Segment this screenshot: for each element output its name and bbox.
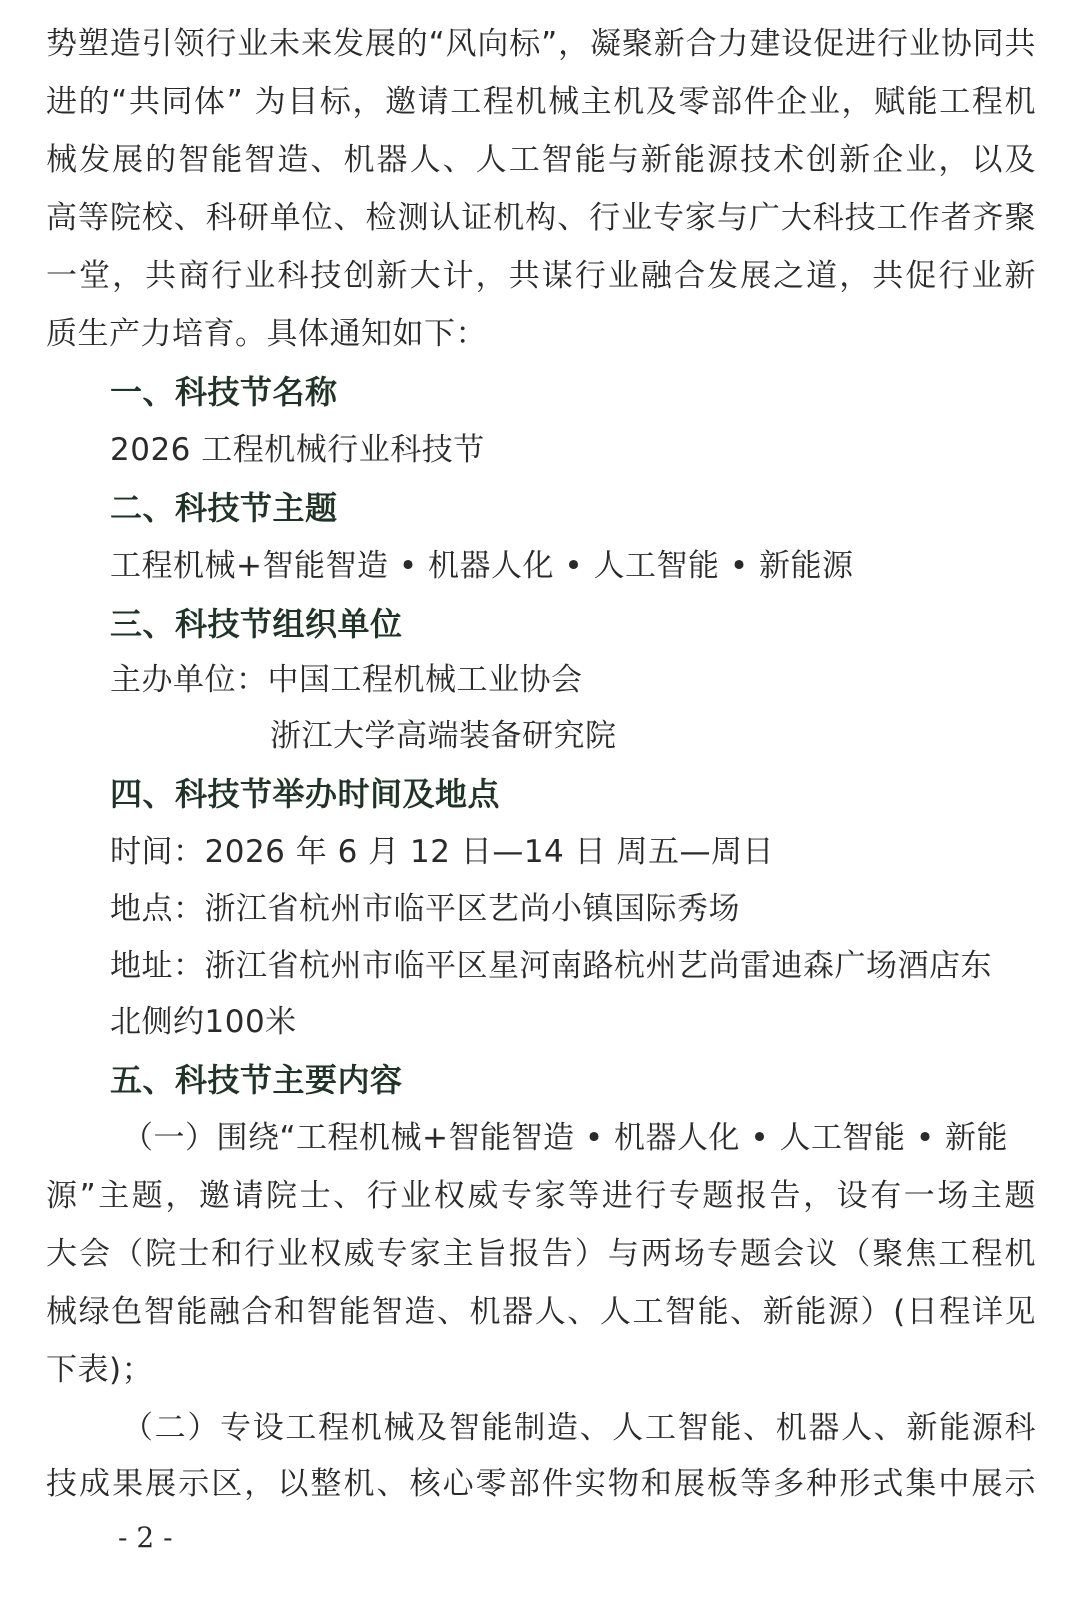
content-item-2-line: （二）专设工程机械及智能制造、人工智能、机器人、新能源科 bbox=[122, 1408, 1036, 1448]
content-item-2-line: 技成果展示区，以整机、核心零部件实物和展板等多种形式集中展示 bbox=[46, 1464, 1036, 1504]
section-heading-theme: 二、科技节主题 bbox=[110, 488, 338, 528]
content-item-1-line: （一）围绕“工程机械+智能智造 • 机器人化 • 人工智能 • 新能 bbox=[122, 1118, 982, 1158]
festival-theme: 工程机械+智能智造 • 机器人化 • 人工智能 • 新能源 bbox=[110, 546, 853, 586]
event-address: 地址：浙江省杭州市临平区星河南路杭州艺尚雷迪森广场酒店东 bbox=[110, 946, 992, 986]
intro-line: 势塑造引领行业未来发展的“风向标”，凝聚新合力建设促进行业协同共 bbox=[46, 24, 1036, 64]
section-heading-time-venue: 四、科技节举办时间及地点 bbox=[110, 774, 500, 814]
festival-name: 2026 工程机械行业科技节 bbox=[110, 430, 485, 470]
organizer-secondary: 浙江大学高端装备研究院 bbox=[270, 716, 617, 756]
content-item-1-line: 械绿色智能融合和智能智造、机器人、人工智能、新能源）(日程详见 bbox=[46, 1292, 1036, 1332]
organizer-label: 主办单位： bbox=[110, 662, 268, 698]
intro-line: 械发展的智能智造、机器人、人工智能与新能源技术创新企业，以及 bbox=[46, 140, 1036, 180]
section-heading-content: 五、科技节主要内容 bbox=[110, 1060, 403, 1100]
intro-line: 质生产力培育。具体通知如下： bbox=[46, 314, 487, 354]
intro-line: 进的“共同体” 为目标，邀请工程机械主机及零部件企业，赋能工程机 bbox=[46, 82, 1036, 122]
section-heading-organizers: 三、科技节组织单位 bbox=[110, 604, 403, 644]
organizer-row: 主办单位：中国工程机械工业协会 bbox=[110, 660, 583, 700]
content-item-1-line: 下表)； bbox=[46, 1350, 153, 1390]
content-item-1-line: 源”主题，邀请院士、行业权威专家等进行专题报告，设有一场主题 bbox=[46, 1176, 1036, 1216]
event-address: 北侧约100米 bbox=[110, 1002, 297, 1042]
organizer-primary: 中国工程机械工业协会 bbox=[268, 662, 583, 698]
section-heading-name: 一、科技节名称 bbox=[110, 372, 338, 412]
content-item-1-line: 大会（院士和行业权威专家主旨报告）与两场专题会议（聚焦工程机 bbox=[46, 1234, 1036, 1274]
page-number: - 2 - bbox=[118, 1520, 173, 1556]
event-time: 时间：2026 年 6 月 12 日—14 日 周五—周日 bbox=[110, 832, 774, 872]
intro-line: 高等院校、科研单位、检测认证机构、行业专家与广大科技工作者齐聚 bbox=[46, 198, 1036, 238]
intro-line: 一堂，共商行业科技创新大计，共谋行业融合发展之道，共促行业新 bbox=[46, 256, 1036, 296]
event-venue: 地点：浙江省杭州市临平区艺尚小镇国际秀场 bbox=[110, 889, 740, 929]
